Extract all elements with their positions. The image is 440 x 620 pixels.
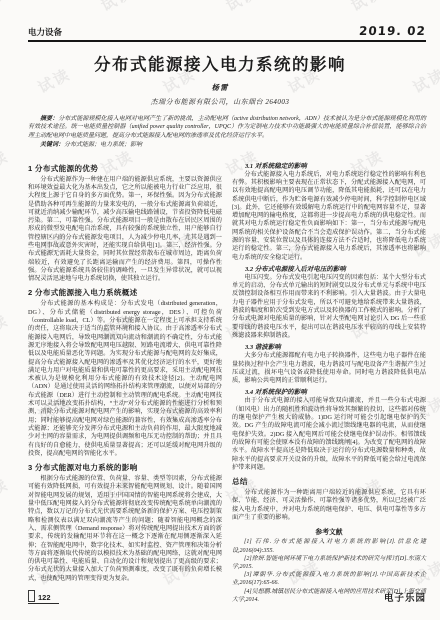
abstract-label: 摘要：: [40, 116, 58, 122]
page-header: 电力设备 2019. 02: [28, 24, 426, 38]
reference-item: [3]谭朝华.分布式能源接入电力系统的影响[J].中国高新技术企业,2016(1…: [232, 571, 426, 587]
abstract-text: 分布式能源规模化接入电网对电网产生了新的挑战，主动配电网（active dist…: [28, 116, 426, 139]
section-2-paragraph: 分布式能源的基本构成是：分布式发电（distributed generation…: [28, 300, 222, 458]
section-1-paragraph: 分布式能源作为一种建在用户端的能源供应系统，主要以资源供应和环境效益最大化为基本…: [28, 176, 222, 284]
section-3-2-heading: 3.2 分布式电源接入后对电压的影响: [232, 264, 426, 273]
section-3-1-paragraph: 分布式能源接入电力系统后，对电力系统运行稳定性的影响有利也有弊。其积极影响主要表…: [232, 171, 426, 262]
section-3-paragraph: 根据分布式能源的位置、负荷量、容量、类型等因素，分布式能源可能有效降低网损，可有…: [28, 475, 222, 583]
watermark-text: 试读: [0, 0, 12, 16]
page-number: 122: [38, 593, 51, 602]
keywords-label: 关键词：: [40, 142, 64, 148]
keywords-line: 关键词：分布式能源；电力系统；影响: [28, 141, 426, 149]
section-3-4-paragraph: 由于分布式电源的接入可能导致双向潮流，并且一些分布式电源（如风电）出力的随机性和…: [232, 397, 426, 472]
left-column: 1 分布式能源的优势 分布式能源作为一种建在用户端的能源供应系统，主要以资源供应…: [28, 159, 222, 604]
reference-item: [2]徐妍.智能电网环境下电力系统保护新技术的研究与探讨[D].东南大学,201…: [232, 555, 426, 571]
journal-mark-icon: [28, 590, 35, 602]
paper-page: 试读试读试读试读试读试读试读试读试读试读试读试读试读试读试读试读试读试读试读试读…: [0, 0, 440, 620]
section-3-heading: 3 分布式能源对电力系统的影响: [28, 462, 222, 473]
summary-paragraph: 分布式能源作为一种距离用户端较近的能源供应系统，它具有环保、节能、经济、可灵活操…: [232, 489, 426, 522]
section-1-heading: 1 分布式能源的优势: [28, 163, 222, 174]
issue-number: 2019. 02: [359, 24, 427, 38]
publisher-brand: 电子乐园: [384, 590, 426, 604]
watermark-text: 试读: [97, 0, 137, 16]
right-column: 3.1 对系统稳定的影响 分布式能源接入电力系统后，对电力系统运行稳定性的影响有…: [232, 159, 426, 604]
section-3-4-heading: 3.4 对系统保护的影响: [232, 387, 426, 396]
header-rule: [28, 40, 426, 42]
author-name: 杨雷: [0, 82, 440, 93]
section-3-2-paragraph: 电压闪变。分布式发电引起电压闪变的因素包括：某个大型分布式单元的启动、分布式单元…: [232, 274, 426, 340]
reference-item: [1] 石伟.分布式能源接入对电力系统的影响[J].信息化建设,2016(04)…: [232, 538, 426, 554]
journal-name: 电力设备: [28, 26, 62, 38]
abstract-block: 摘要：分布式能源规模化接入电网对电网产生了新的挑战，主动配电网（active d…: [28, 115, 426, 150]
section-3-1-heading: 3.1 对系统稳定的影响: [232, 161, 426, 170]
section-2-heading: 2 分布式能源接入电力系统概述: [28, 287, 222, 298]
keywords-text: 分布式能源；电力系统；影响: [64, 142, 142, 148]
page-number-group: 122: [28, 590, 59, 604]
watermark-text: 试读: [222, 0, 262, 16]
paper-title: 分布式能源接入电力系统的影响: [0, 51, 440, 75]
section-3-3-heading: 3.3 谐波影响: [232, 342, 426, 351]
body-columns: 1 分布式能源的优势 分布式能源作为一种建在用户端的能源供应系统，主要以资源供应…: [28, 159, 426, 604]
watermark-text: 试读: [347, 0, 387, 16]
summary-heading: 总结: [232, 476, 426, 487]
section-3-3-paragraph: 大多分布式能源都配有电力电子转换器件，这些电力电子器件在能量转换过程中会产生电力…: [232, 352, 426, 385]
page-footer: 122 电子乐园: [28, 590, 426, 604]
references-heading: 参考文献: [232, 526, 426, 536]
abstract-paragraph: 摘要：分布式能源规模化接入电网对电网产生了新的挑战，主动配电网（active d…: [28, 115, 426, 140]
author-affiliation: 杰瑞分布能源有限公司，山东烟台 264003: [0, 97, 440, 107]
